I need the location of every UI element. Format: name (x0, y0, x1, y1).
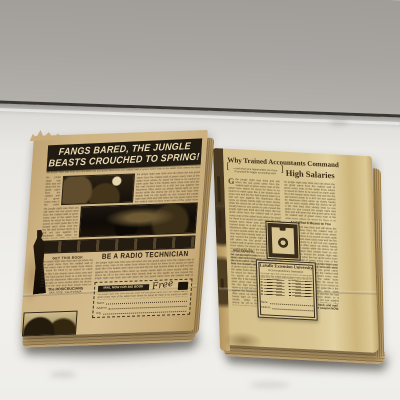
blank-rule (273, 308, 313, 311)
lasalle-coupon: LaSalle Extension University A Correspon… (255, 259, 317, 320)
book-thumbnail (178, 282, 189, 290)
table-smudge (50, 372, 76, 377)
radio-ad-body: the jungle night was thick and still whe… (95, 258, 194, 279)
story-row-1: the jungle night was thick and still whe… (44, 171, 200, 205)
jungle-illustration-panel (61, 174, 134, 206)
rosicrucians-ad: GET THIS BOOK the jungle night was thick… (36, 254, 94, 328)
left-magazine-page: FANGS BARED, THE JUNGLE BEASTS CROUCHED … (20, 130, 208, 337)
right-side-column: the jungle night was thick and still whe… (313, 262, 340, 334)
radio-coupon: MAIL NOW FOR BIG BOOK Free the jungle ni… (92, 279, 193, 319)
column-text: the jungle night was thick and still whe… (231, 253, 258, 307)
coupon-form: Name Address (261, 299, 313, 312)
field-label: Address (96, 306, 107, 310)
bracketed-subtitle: —and what your opportunities are if you … (228, 167, 283, 176)
spine-writing-mark (217, 176, 221, 202)
story-row-2: the jungle night was thick and still whe… (42, 202, 198, 238)
table-smudge (250, 382, 290, 388)
column-text: the jungle night was thick and still whe… (313, 262, 339, 303)
right-printed-area: Why Trained Accountants Command —and wha… (227, 156, 340, 338)
wall-background (0, 0, 400, 118)
course-checklist (260, 279, 312, 300)
radio-ad: BE A RADIO TECHNICIAN the jungle night w… (91, 250, 194, 326)
landscape-illustration (22, 311, 78, 337)
checklist-column (260, 279, 285, 298)
right-magazine: Why Trained Accountants Command —and wha… (214, 148, 383, 353)
night-scene-panel (79, 202, 198, 237)
field-label: Name (97, 301, 105, 305)
frayed-corner (30, 128, 65, 141)
field-label: Name (261, 301, 268, 304)
left-printed-area: FANGS BARED, THE JUNGLE BEASTS CROUCHED … (36, 138, 203, 326)
blank-rule (103, 311, 186, 315)
right-magazine-page: Why Trained Accountants Command —and wha… (214, 148, 379, 353)
photo-scene: FANGS BARED, THE JUNGLE BEASTS CROUCHED … (0, 0, 400, 400)
emblem-illustration (266, 221, 301, 260)
coupon-header: MAIL NOW FOR BIG BOOK (98, 284, 149, 291)
checklist-column (288, 280, 313, 299)
field-label: Address (261, 306, 271, 310)
field-label: City (96, 311, 101, 315)
table-smudge (330, 120, 348, 125)
text-column: the jungle night was thick and still whe… (42, 206, 80, 238)
text-column: the jungle night was thick and still whe… (44, 176, 61, 206)
left-magazine: FANGS BARED, THE JUNGLE BEASTS CROUCHED … (20, 130, 208, 337)
column-text: the jungle night was thick and still whe… (283, 181, 336, 222)
text-column: the jungle night was thick and still whe… (135, 171, 200, 202)
closing-line: Check, and mail the coupon NOW. (315, 304, 340, 311)
ad-body-text: the jungle night was thick and still whe… (40, 259, 93, 287)
spine-writing-mark (218, 210, 222, 228)
advert-section: GET THIS BOOK the jungle night was thick… (36, 250, 195, 328)
accountants-headline-line2: High Salaries (286, 168, 335, 181)
drop-cap: G (228, 178, 234, 185)
